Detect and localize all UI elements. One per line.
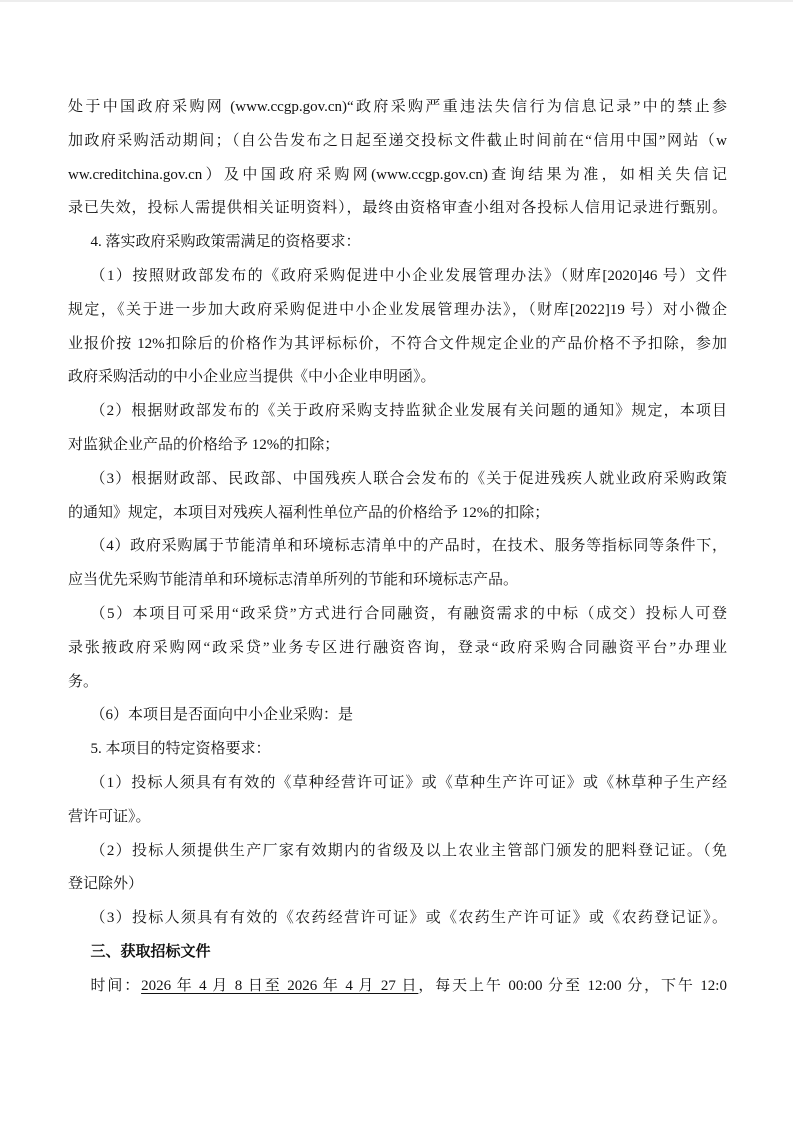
text-line: （2）根据财政部发布的《关于政府采购支持监狱企业发展有关问题的通知》规定，本项目 (68, 395, 727, 429)
text-segment: （2）根据财政部发布的《关于政府采购支持监狱企业发展有关问题的通知》规定，本项目 (91, 403, 728, 419)
text-segment: （1）按照财政部发布的《政府采购促进中小企业发展管理办法》（财库[2020]46… (91, 268, 728, 284)
text-segment: （2）投标人须提供生产厂家有效期内的省级及以上农业主管部门颁发的肥料登记证。（免 (91, 843, 728, 859)
text-line: 5. 本项目的特定资格要求： (68, 733, 727, 767)
text-segment: 的通知》规定，本项目对残疾人福利性单位产品的价格给予 12%的扣除； (68, 505, 549, 521)
text-line: 时间：2026 年 4 月 8 日至 2026 年 4 月 27 日，每天上午 … (68, 970, 727, 1004)
text-line: （1）按照财政部发布的《政府采购促进中小企业发展管理办法》（财库[2020]46… (68, 260, 727, 294)
section-heading: 三、获取招标文件 (68, 936, 727, 970)
underlined-text: 2026 年 4 月 8 日至 2026 年 4 月 27 日 (141, 978, 418, 994)
text-line: 业报价按 12%扣除后的价格作为其评标标价，不符合文件规定企业的产品价格不予扣除… (68, 328, 727, 362)
text-segment: 5. 本项目的特定资格要求： (91, 741, 271, 757)
text-segment: 录张掖政府采购网“政采贷”业务专区进行融资咨询，登录“政府采购合同融资平台”办理… (68, 640, 727, 656)
text-line: （5）本项目可采用“政采贷”方式进行合同融资，有融资需求的中标（成交）投标人可登 (68, 598, 727, 632)
text-line: 政府采购活动的中小企业应当提供《中小企业申明函》。 (68, 361, 727, 395)
text-segment: ww.creditchina.gov.cn）及中国政府采购网(www.ccgp.… (68, 167, 727, 183)
text-segment: 对监狱企业产品的价格给予 12%的扣除； (68, 437, 339, 453)
text-segment: 业报价按 12%扣除后的价格作为其评标标价，不符合文件规定企业的产品价格不予扣除… (68, 336, 727, 352)
text-segment: ，每天上午 00:00 分至 12:00 分，下午 12:0 (418, 978, 727, 994)
text-line: （3）根据财政部、民政部、中国残疾人联合会发布的《关于促进残疾人就业政府采购政策 (68, 463, 727, 497)
document-text: 处于中国政府采购网 (www.ccgp.gov.cn)“政府采购严重违法失信行为… (68, 91, 727, 1004)
text-segment: 时间： (91, 978, 142, 994)
text-line: 录张掖政府采购网“政采贷”业务专区进行融资咨询，登录“政府采购合同融资平台”办理… (68, 632, 727, 666)
text-segment: （3）投标人须具有有效的《农药经营许可证》或《农药生产许可证》或《农药登记证》。 (91, 910, 728, 926)
text-segment: 营许可证》。 (68, 809, 151, 825)
text-segment: 4. 落实政府采购政策需满足的资格要求： (91, 234, 361, 250)
text-line: 登记除外） (68, 868, 727, 902)
text-segment: 加政府采购活动期间；（自公告发布之日起至递交投标文件截止时间前在“信用中国”网站… (68, 133, 727, 149)
text-line: （1）投标人须具有有效的《草种经营许可证》或《草种生产许可证》或《林草种子生产经 (68, 767, 727, 801)
text-line: ww.creditchina.gov.cn）及中国政府采购网(www.ccgp.… (68, 159, 727, 193)
text-line: 规定，《关于进一步加大政府采购促进中小企业发展管理办法》，（财库[2022]19… (68, 294, 727, 328)
text-line: 应当优先采购节能清单和环境标志清单所列的节能和环境标志产品。 (68, 564, 727, 598)
text-segment: 务。 (68, 674, 98, 690)
text-segment: 登记除外） (68, 876, 143, 892)
text-line: 的通知》规定，本项目对残疾人福利性单位产品的价格给予 12%的扣除； (68, 497, 727, 531)
text-segment: （6）本项目是否面向中小企业采购：是 (91, 707, 354, 723)
text-line: （3）投标人须具有有效的《农药经营许可证》或《农药生产许可证》或《农药登记证》。 (68, 902, 727, 936)
text-segment: （4）政府采购属于节能清单和环境标志清单中的产品时，在技术、服务等指标同等条件下… (91, 538, 728, 554)
text-line: 处于中国政府采购网 (www.ccgp.gov.cn)“政府采购严重违法失信行为… (68, 91, 727, 125)
text-line: （4）政府采购属于节能清单和环境标志清单中的产品时，在技术、服务等指标同等条件下… (68, 530, 727, 564)
text-segment: 录已失效，投标人需提供相关证明资料），最终由资格审查小组对各投标人信用记录进行甄… (68, 200, 727, 216)
text-segment: （3）根据财政部、民政部、中国残疾人联合会发布的《关于促进残疾人就业政府采购政策 (91, 471, 728, 487)
text-line: 营许可证》。 (68, 801, 727, 835)
text-segment: 规定，《关于进一步加大政府采购促进中小企业发展管理办法》，（财库[2022]19… (68, 302, 727, 318)
text-segment: 政府采购活动的中小企业应当提供《中小企业申明函》。 (68, 369, 436, 385)
text-segment: （1）投标人须具有有效的《草种经营许可证》或《草种生产许可证》或《林草种子生产经 (91, 775, 728, 791)
text-line: （2）投标人须提供生产厂家有效期内的省级及以上农业主管部门颁发的肥料登记证。（免 (68, 835, 727, 869)
text-segment: （5）本项目可采用“政采贷”方式进行合同融资，有融资需求的中标（成交）投标人可登 (91, 606, 728, 622)
text-line: 4. 落实政府采购政策需满足的资格要求： (68, 226, 727, 260)
text-line: 务。 (68, 666, 727, 700)
text-line: （6）本项目是否面向中小企业采购：是 (68, 699, 727, 733)
document-page: 处于中国政府采购网 (www.ccgp.gov.cn)“政府采购严重违法失信行为… (0, 0, 793, 1122)
text-line: 加政府采购活动期间；（自公告发布之日起至递交投标文件截止时间前在“信用中国”网站… (68, 125, 727, 159)
text-segment: 应当优先采购节能清单和环境标志清单所列的节能和环境标志产品。 (68, 572, 518, 588)
text-segment: 处于中国政府采购网 (www.ccgp.gov.cn)“政府采购严重违法失信行为… (68, 99, 727, 115)
text-segment: 三、获取招标文件 (91, 944, 211, 960)
text-line: 录已失效，投标人需提供相关证明资料），最终由资格审查小组对各投标人信用记录进行甄… (68, 192, 727, 226)
text-line: 对监狱企业产品的价格给予 12%的扣除； (68, 429, 727, 463)
